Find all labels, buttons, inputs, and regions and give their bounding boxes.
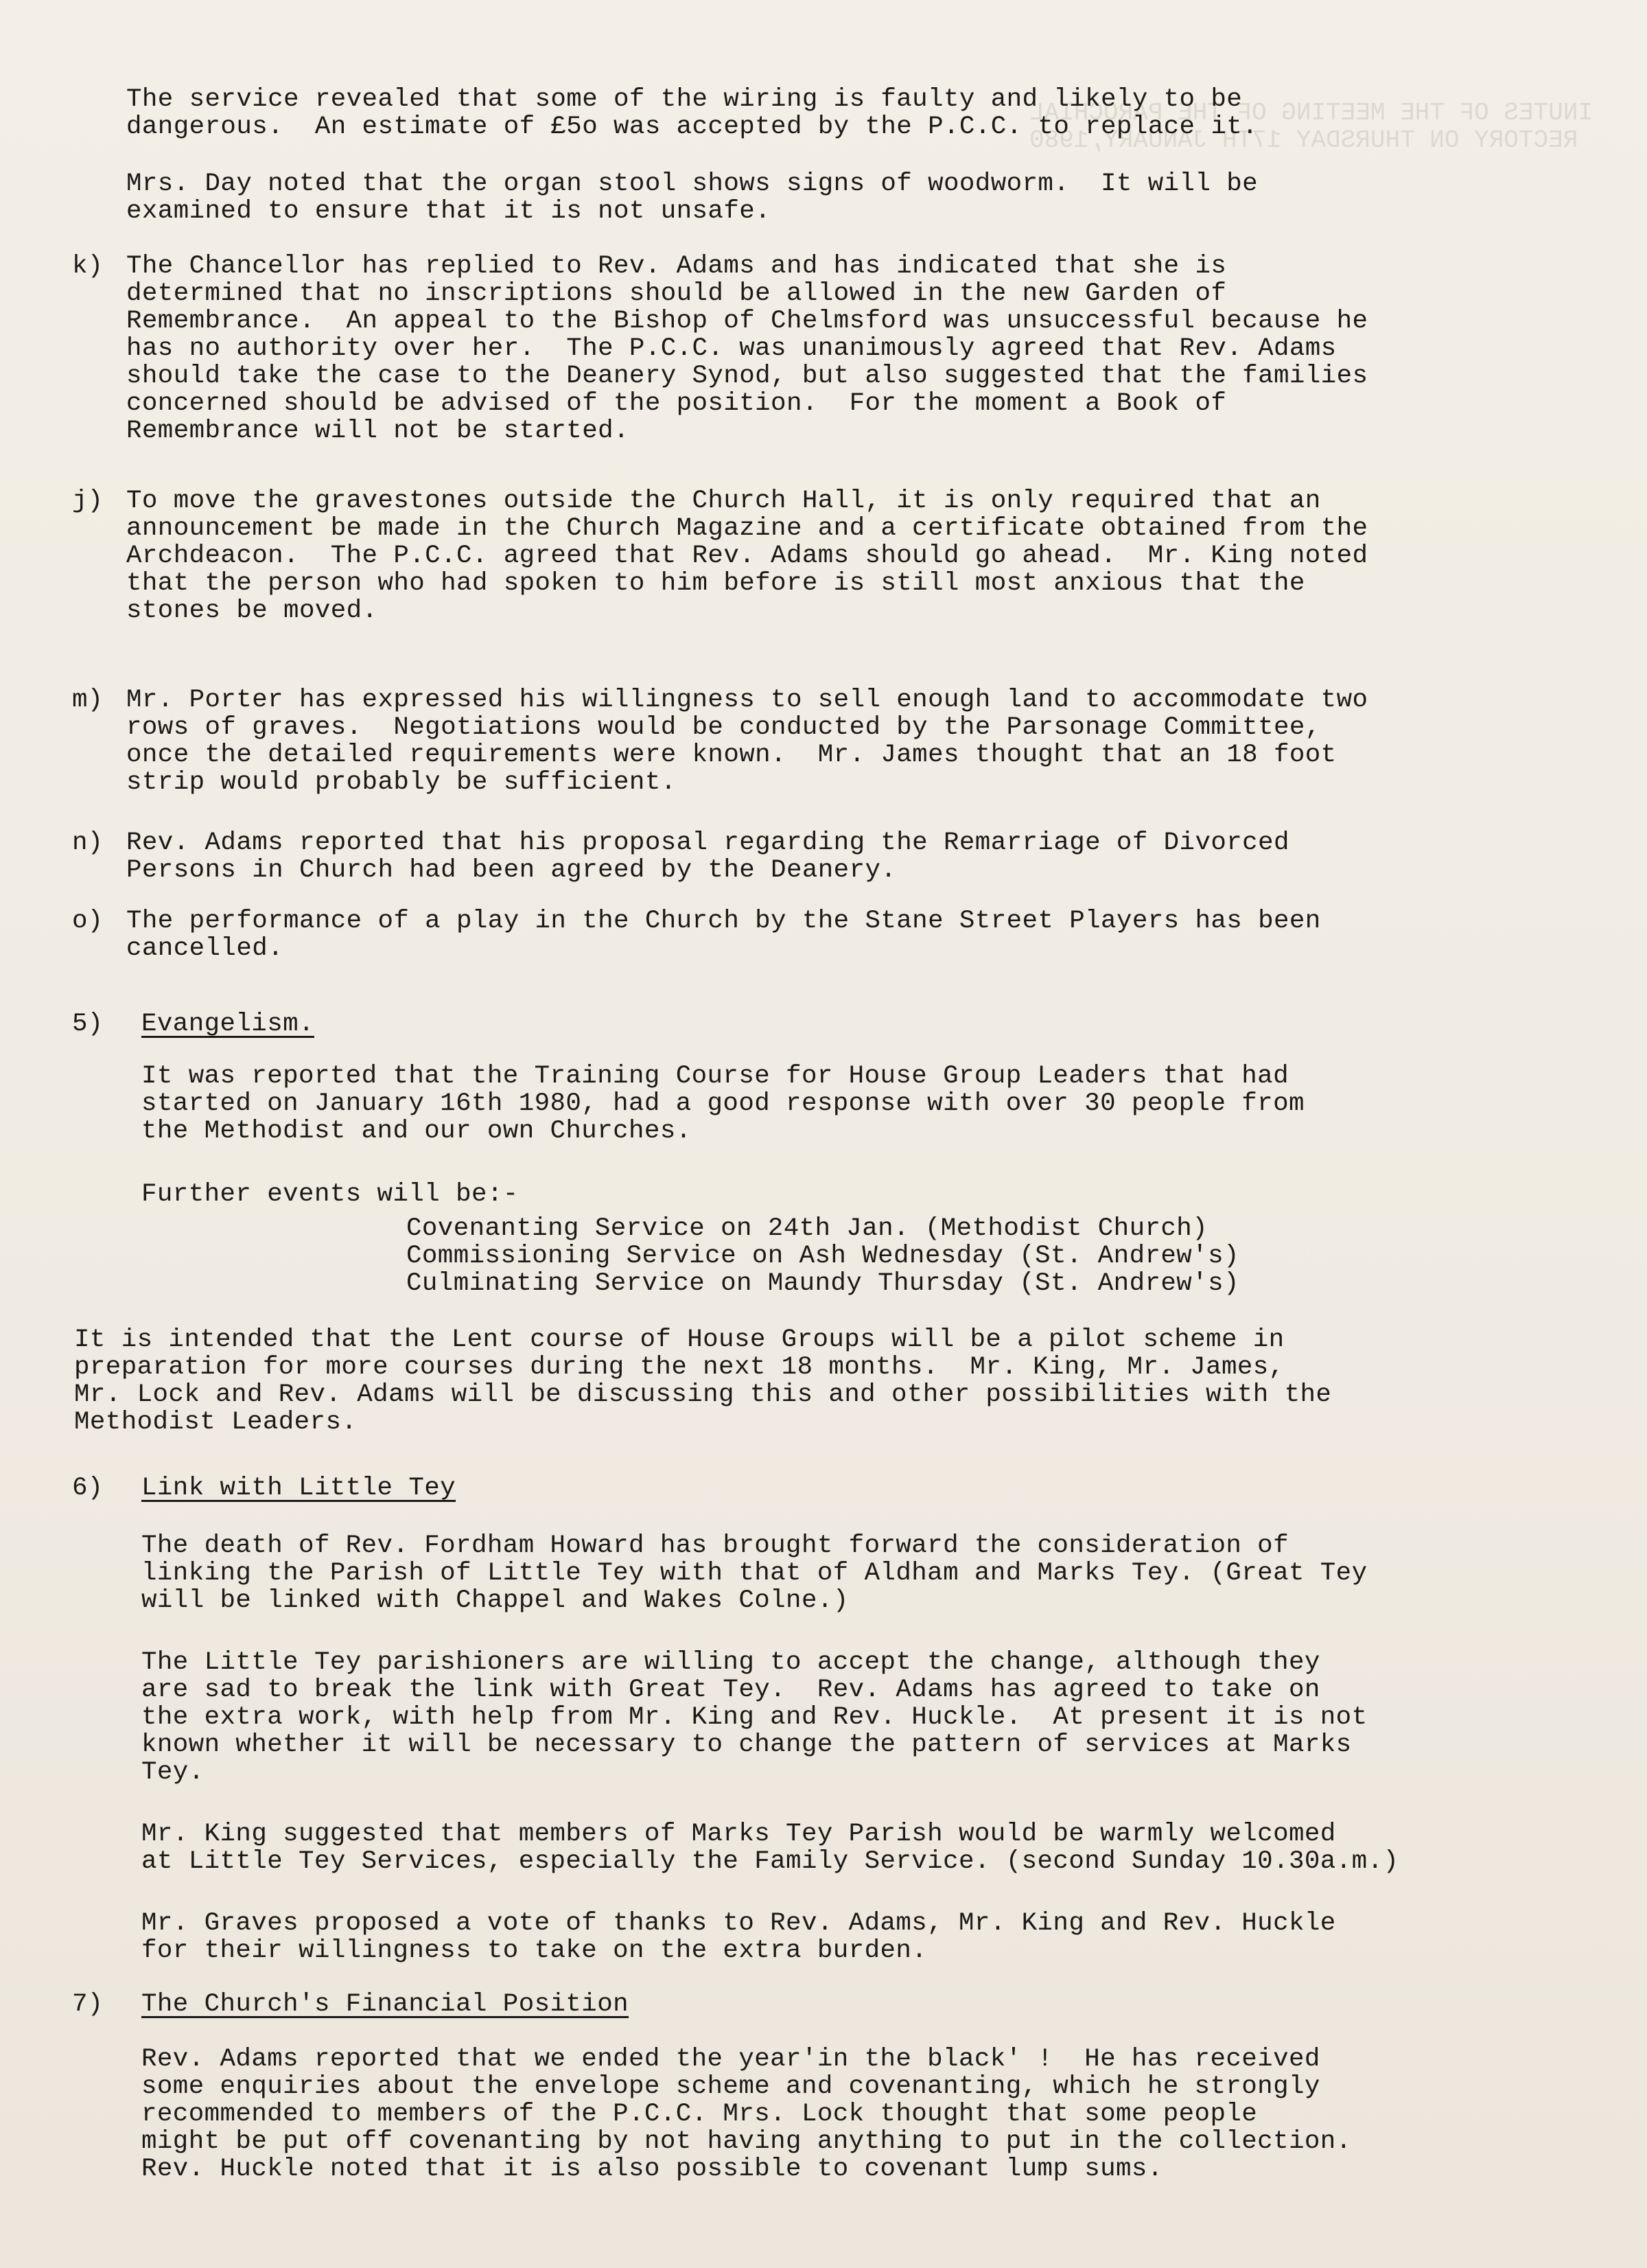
item-line: determined that no inscriptions should b…: [126, 280, 1226, 308]
item-line: Archdeacon. The P.C.C. agreed that Rev. …: [126, 542, 1368, 570]
section-heading-evangelism: Evangelism.: [141, 1010, 314, 1038]
item-label-n: n): [72, 829, 103, 857]
item-line: that the person who had spoken to him be…: [126, 570, 1305, 597]
section6-line: known whether it will be necessary to ch…: [141, 1731, 1352, 1759]
section6-line: at Little Tey Services, especially the F…: [141, 1848, 1399, 1875]
section6-line: Tey.: [141, 1759, 205, 1786]
item-line: The Chancellor has replied to Rev. Adams…: [126, 253, 1226, 280]
intro-line: examined to ensure that it is not unsafe…: [126, 198, 771, 225]
item-label-j: j): [72, 487, 103, 515]
item-label-o: o): [72, 907, 103, 935]
section6-line: for their willingness to take on the ext…: [141, 1937, 927, 1965]
item-line: rows of graves. Negotiations would be co…: [126, 714, 1321, 741]
section-number-5: 5): [72, 1010, 103, 1038]
item-line: Remembrance will not be started.: [126, 417, 629, 445]
section6-line: The death of Rev. Fordham Howard has bro…: [141, 1532, 1289, 1560]
section6-line: are sad to break the link with Great Tey…: [141, 1676, 1320, 1704]
item-line: announcement be made in the Church Magaz…: [126, 515, 1368, 542]
intro-line: dangerous. An estimate of £5o was accept…: [126, 113, 1258, 141]
section7-line: might be put off covenanting by not havi…: [141, 2128, 1352, 2155]
item-line: strip would probably be sufficient.: [126, 769, 677, 796]
item-line: Persons in Church had been agreed by the…: [126, 857, 896, 884]
section5-line: preparation for more courses during the …: [74, 1354, 1285, 1381]
intro-line: Mrs. Day noted that the organ stool show…: [126, 170, 1258, 198]
item-line: Mr. Porter has expressed his willingness…: [126, 686, 1368, 714]
item-line: should take the case to the Deanery Syno…: [126, 362, 1368, 390]
section-heading-financial-position: The Church's Financial Position: [141, 1991, 629, 2018]
section6-line: Mr. King suggested that members of Marks…: [141, 1820, 1336, 1848]
intro-line: The service revealed that some of the wi…: [126, 86, 1242, 113]
item-line: Rev. Adams reported that his proposal re…: [126, 829, 1289, 857]
section6-line: linking the Parish of Little Tey with th…: [141, 1560, 1368, 1587]
item-line: stones be moved.: [126, 597, 377, 625]
item-line: The performance of a play in the Church …: [126, 907, 1321, 935]
event-item: Covenanting Service on 24th Jan. (Method…: [406, 1215, 1208, 1242]
section5-line: Methodist Leaders.: [74, 1409, 357, 1436]
item-line: To move the gravestones outside the Chur…: [126, 487, 1321, 515]
events-intro: Further events will be:-: [141, 1181, 519, 1208]
section6-line: Mr. Graves proposed a vote of thanks to …: [141, 1910, 1336, 1937]
section5-line: It was reported that the Training Course…: [141, 1063, 1289, 1090]
section7-line: recommended to members of the P.C.C. Mrs…: [141, 2101, 1257, 2128]
section7-line: Rev. Huckle noted that it is also possib…: [141, 2155, 1163, 2183]
section-heading-link-with-little-tey: Link with Little Tey: [141, 1474, 456, 1502]
event-item: Culminating Service on Maundy Thursday (…: [406, 1270, 1239, 1297]
item-line: once the detailed requirements were know…: [126, 741, 1337, 769]
section6-line: will be linked with Chappel and Wakes Co…: [141, 1587, 849, 1615]
item-line: Remembrance. An appeal to the Bishop of …: [126, 308, 1368, 335]
item-line: concerned should be advised of the posit…: [126, 390, 1226, 417]
section6-line: The Little Tey parishioners are willing …: [141, 1649, 1320, 1676]
section5-line: Mr. Lock and Rev. Adams will be discussi…: [74, 1381, 1331, 1409]
section-number-7: 7): [72, 1991, 103, 2018]
section7-line: some enquiries about the envelope scheme…: [141, 2073, 1320, 2101]
item-label-m: m): [72, 686, 103, 714]
section5-line: It is intended that the Lent course of H…: [74, 1326, 1285, 1354]
section7-line: Rev. Adams reported that we ended the ye…: [141, 2046, 1320, 2073]
section6-line: the extra work, with help from Mr. King …: [141, 1704, 1368, 1731]
typed-minutes-page: INUTES OF THE MEETING OF THE PAROCHIAL R…: [0, 0, 1647, 2268]
item-line: cancelled.: [126, 935, 283, 962]
item-label-k: k): [72, 253, 103, 280]
item-line: has no authority over her. The P.C.C. wa…: [126, 335, 1337, 362]
section-number-6: 6): [72, 1474, 103, 1502]
event-item: Commissioning Service on Ash Wednesday (…: [406, 1242, 1239, 1270]
section5-line: started on January 16th 1980, had a good…: [141, 1090, 1305, 1118]
section5-line: the Methodist and our own Churches.: [141, 1118, 692, 1145]
